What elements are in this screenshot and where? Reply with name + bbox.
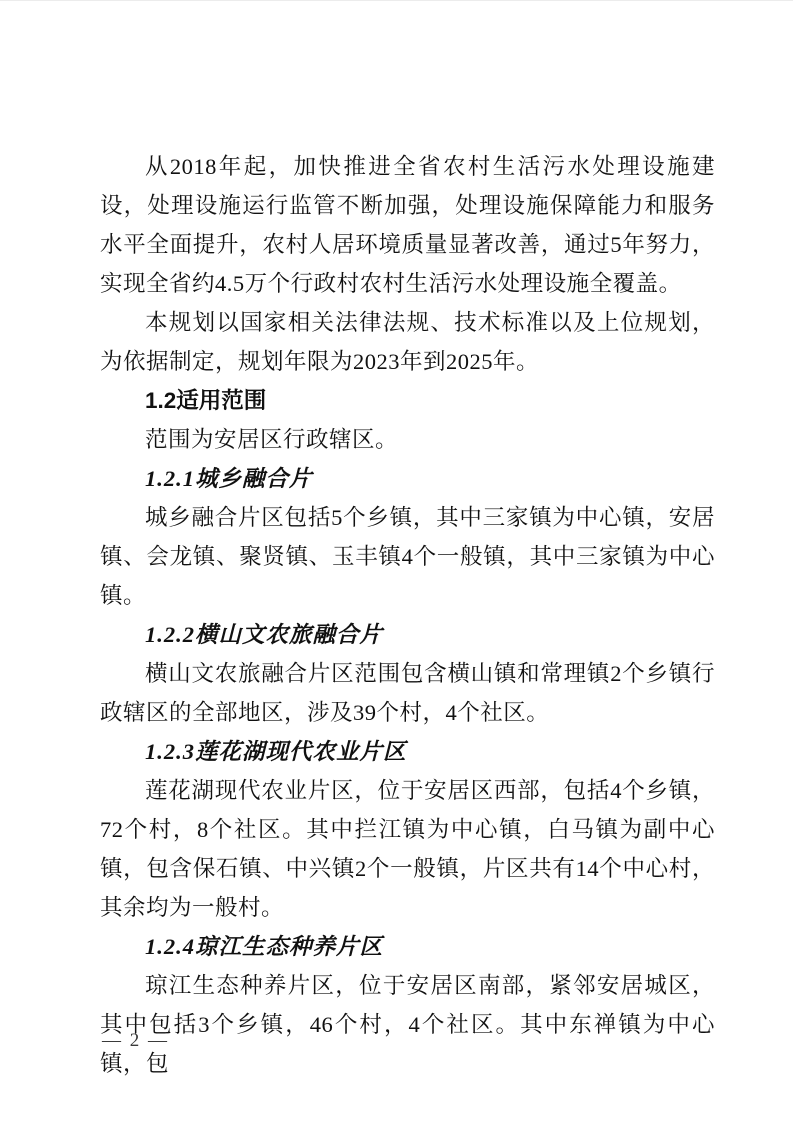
page-body: 从2018年起，加快推进全省农村生活污水处理设施建设，处理设施运行监管不断加强，… xyxy=(100,147,715,1083)
document-page: 从2018年起，加快推进全省农村生活污水处理设施建设，处理设施运行监管不断加强，… xyxy=(0,0,793,1123)
paragraph-hengshan-zone: 横山文农旅融合片区范围包含横山镇和常理镇2个乡镇行政辖区的全部地区，涉及39个村… xyxy=(100,654,715,732)
section-heading-1-2-4-qiongjiang: 1.2.4琼江生态种养片区 xyxy=(100,927,715,966)
paragraph-lianhuahu-zone: 莲花湖现代农业片区，位于安居区西部，包括4个乡镇，72个村，8个社区。其中拦江镇… xyxy=(100,771,715,927)
page-number: — 2 — xyxy=(102,1029,169,1053)
paragraph-urban-rural-zone: 城乡融合片区包括5个乡镇，其中三家镇为中心镇，安居镇、会龙镇、聚贤镇、玉丰镇4个… xyxy=(100,498,715,615)
paragraph-qiongjiang-zone: 琼江生态种养片区，位于安居区南部，紧邻安居城区，其中包括3个乡镇，46个村，4个… xyxy=(100,966,715,1083)
section-heading-1-2-3-lianhuahu: 1.2.3莲花湖现代农业片区 xyxy=(100,732,715,771)
section-heading-1-2-2-hengshan: 1.2.2横山文农旅融合片 xyxy=(100,615,715,654)
paragraph-intro-progress: 从2018年起，加快推进全省农村生活污水处理设施建设，处理设施运行监管不断加强，… xyxy=(100,147,715,303)
paragraph-plan-basis: 本规划以国家相关法律法规、技术标准以及上位规划，为依据制定，规划年限为2023年… xyxy=(100,303,715,381)
section-heading-1-2-1-urban-rural: 1.2.1城乡融合片 xyxy=(100,459,715,498)
paragraph-scope: 范围为安居区行政辖区。 xyxy=(100,420,715,459)
section-heading-1-2-scope: 1.2适用范围 xyxy=(100,381,715,420)
